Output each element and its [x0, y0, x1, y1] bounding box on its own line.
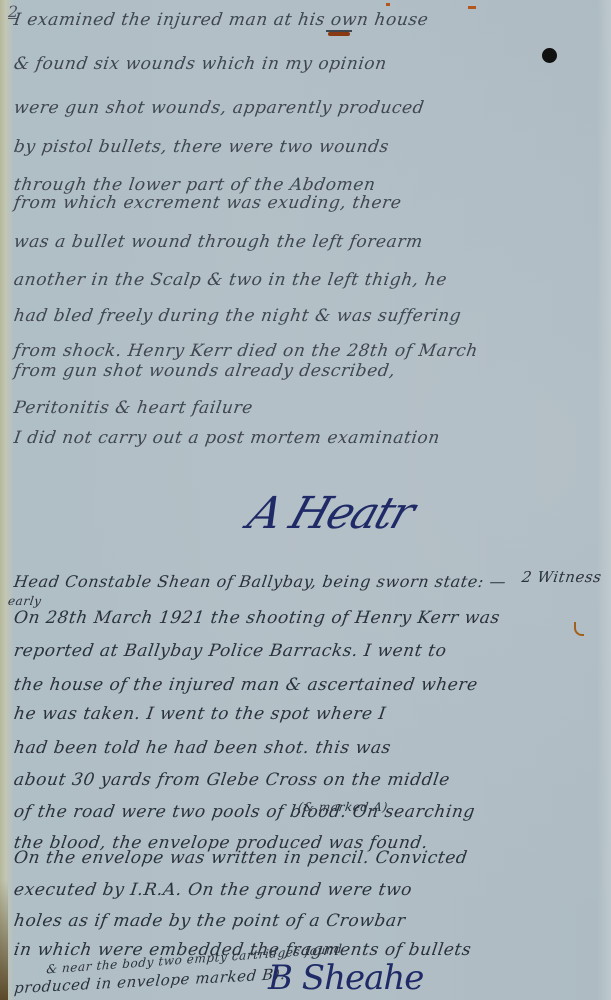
handwritten-line: was a bullet wound through the left fore…	[13, 232, 425, 252]
handwritten-line: & found six wounds which in my opinion	[13, 54, 389, 74]
paper-edge-stain	[0, 880, 8, 1000]
signature-constable: B Sheahe	[268, 958, 423, 998]
rust-stain	[574, 622, 584, 636]
handwritten-line: from shock. Henry Kerr died on the 28th …	[13, 341, 480, 361]
document-page: 2 I examined the injured man at his own …	[0, 0, 611, 1000]
handwritten-line: he was taken. I went to the spot where I	[13, 704, 388, 724]
strikethrough-mark	[326, 30, 352, 32]
handwritten-line: had been told he had been shot. this was	[13, 738, 393, 758]
handwritten-line: On 28th March 1921 the shooting of Henry…	[13, 608, 502, 628]
insertion-note: early	[7, 594, 43, 608]
handwritten-line: by pistol bullets, there were two wounds	[13, 137, 391, 157]
handwritten-line: from which excrement was exuding, there	[13, 193, 403, 213]
handwritten-line: I did not carry out a post mortem examin…	[13, 428, 442, 448]
handwritten-line: another in the Scalp & two in the left t…	[13, 270, 449, 290]
handwritten-line: had bled freely during the night & was s…	[13, 306, 463, 326]
handwritten-line: executed by I.R.A. On the ground were tw…	[13, 880, 414, 900]
handwritten-line: about 30 yards from Glebe Cross on the m…	[13, 770, 452, 790]
insertion-note: (& marked A)	[297, 800, 389, 814]
handwritten-line: the house of the injured man & ascertain…	[13, 675, 480, 695]
handwritten-line: from gun shot wounds already described,	[13, 361, 397, 381]
signature-medical: A Heatr	[242, 488, 420, 539]
handwritten-line: of the road were two pools of blood. On …	[13, 802, 477, 822]
handwritten-line: were gun shot wounds, apparently produce…	[13, 98, 426, 118]
handwritten-line: holes as if made by the point of a Crowb…	[13, 911, 407, 931]
handwritten-line: I examined the injured man at his own ho…	[13, 10, 430, 30]
rust-stain	[468, 6, 476, 9]
punch-hole	[542, 48, 557, 63]
rust-stain	[386, 3, 390, 6]
handwritten-line: through the lower part of the Abdomen	[13, 175, 377, 195]
margin-note: 2 Witness	[521, 568, 603, 586]
handwritten-line: reported at Ballybay Police Barracks. I …	[13, 641, 448, 661]
handwritten-line: On the envelope was written in pencil. C…	[13, 848, 469, 868]
handwritten-line: Peritonitis & heart failure	[13, 398, 255, 418]
testimony-heading: Head Constable Shean of Ballybay, being …	[13, 572, 508, 591]
paper-edge	[597, 0, 611, 1000]
rust-stain	[328, 32, 350, 36]
